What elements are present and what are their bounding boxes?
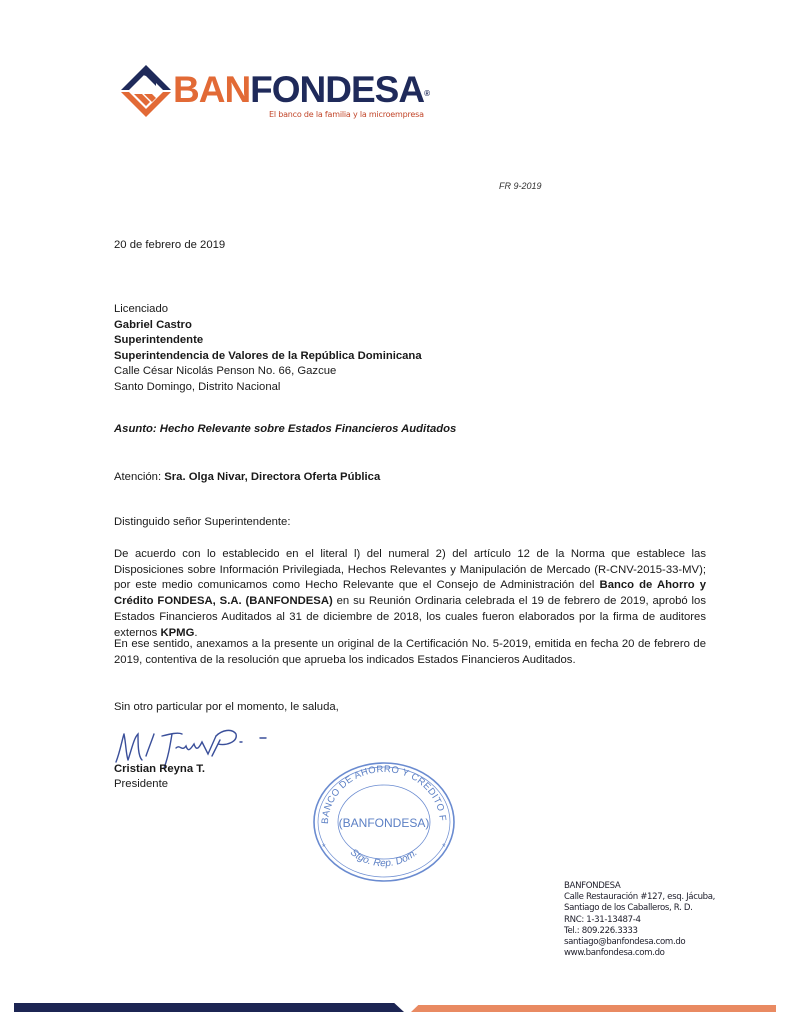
stamp-center-text: (BANFONDESA) [339,816,430,830]
signer-title: Presidente [114,777,168,793]
subject-line: Asunto: Hecho Relevante sobre Estados Fi… [114,422,456,438]
footer-company: BANFONDESA [564,881,715,892]
attention-person: Sra. Olga Nivar, Directora Oferta Públic… [164,471,380,483]
stamp-ring-text: BANCO DE AHORRO Y CREDITO FONDESA, S.A. [308,760,448,824]
recipient-street: Calle César Nicolás Penson No. 66, Gazcu… [114,364,422,380]
footer-contact-block: BANFONDESA Calle Restauración #127, esq.… [564,881,715,959]
closing-line: Sin otro particular por el momento, le s… [114,700,339,716]
svg-text:*: * [322,842,326,852]
footer-website[interactable]: www.banfondesa.com.do [564,948,715,959]
recipient-block: Licenciado Gabriel Castro Superintendent… [114,302,422,396]
body-paragraph-2: En ese sentido, anexamos a la presente u… [114,637,706,668]
footer-navy-stripe [14,1003,404,1012]
recipient-institution: Superintendencia de Valores de la Repúbl… [114,349,422,365]
diamond-logo-icon [120,64,172,118]
banfondesa-logo: BANFONDESA® El banco de la familia y la … [120,62,430,128]
brand-wordmark: BANFONDESA® [173,70,429,110]
brand-tagline: El banco de la familia y la microempresa [269,110,424,119]
svg-text:BANCO DE AHORRO Y CREDITO FOND: BANCO DE AHORRO Y CREDITO FONDESA, S.A. [308,760,448,824]
recipient-city: Santo Domingo, Distrito Nacional [114,380,422,396]
recipient-salutation-title: Licenciado [114,302,422,318]
recipient-name: Gabriel Castro [114,318,422,334]
footer-city: Santiago de los Caballeros, R. D. [564,903,715,914]
footer-phone: Tel.: 809.226.3333 [564,926,715,937]
company-seal-stamp: BANCO DE AHORRO Y CREDITO FONDESA, S.A. … [308,760,458,884]
letter-date: 20 de febrero de 2019 [114,238,225,254]
greeting: Distinguido señor Superintendente: [114,515,290,531]
footer-rnc: RNC: 1-31-13487-4 [564,915,715,926]
stamp-bottom-text: Stgo. Rep. Dom. [348,847,420,869]
attention-line: Atención: Sra. Olga Nivar, Directora Ofe… [114,470,380,486]
footer-email[interactable]: santiago@banfondesa.com.do [564,937,715,948]
brand-fondesa: FONDESA [250,69,424,110]
svg-text:Stgo. Rep. Dom.: Stgo. Rep. Dom. [348,847,420,869]
attention-label: Atención: [114,471,164,483]
signer-name: Cristian Reyna T. [114,762,205,778]
reference-number: FR 9-2019 [499,181,542,191]
footer-orange-stripe [411,1005,776,1012]
svg-text:*: * [442,842,446,852]
footer-street: Calle Restauración #127, esq. Jácuba, [564,892,715,903]
body-paragraph-1: De acuerdo con lo establecido en el lite… [114,547,706,641]
brand-ban: BAN [173,69,250,110]
registered-mark: ® [424,89,429,98]
recipient-position: Superintendente [114,333,422,349]
